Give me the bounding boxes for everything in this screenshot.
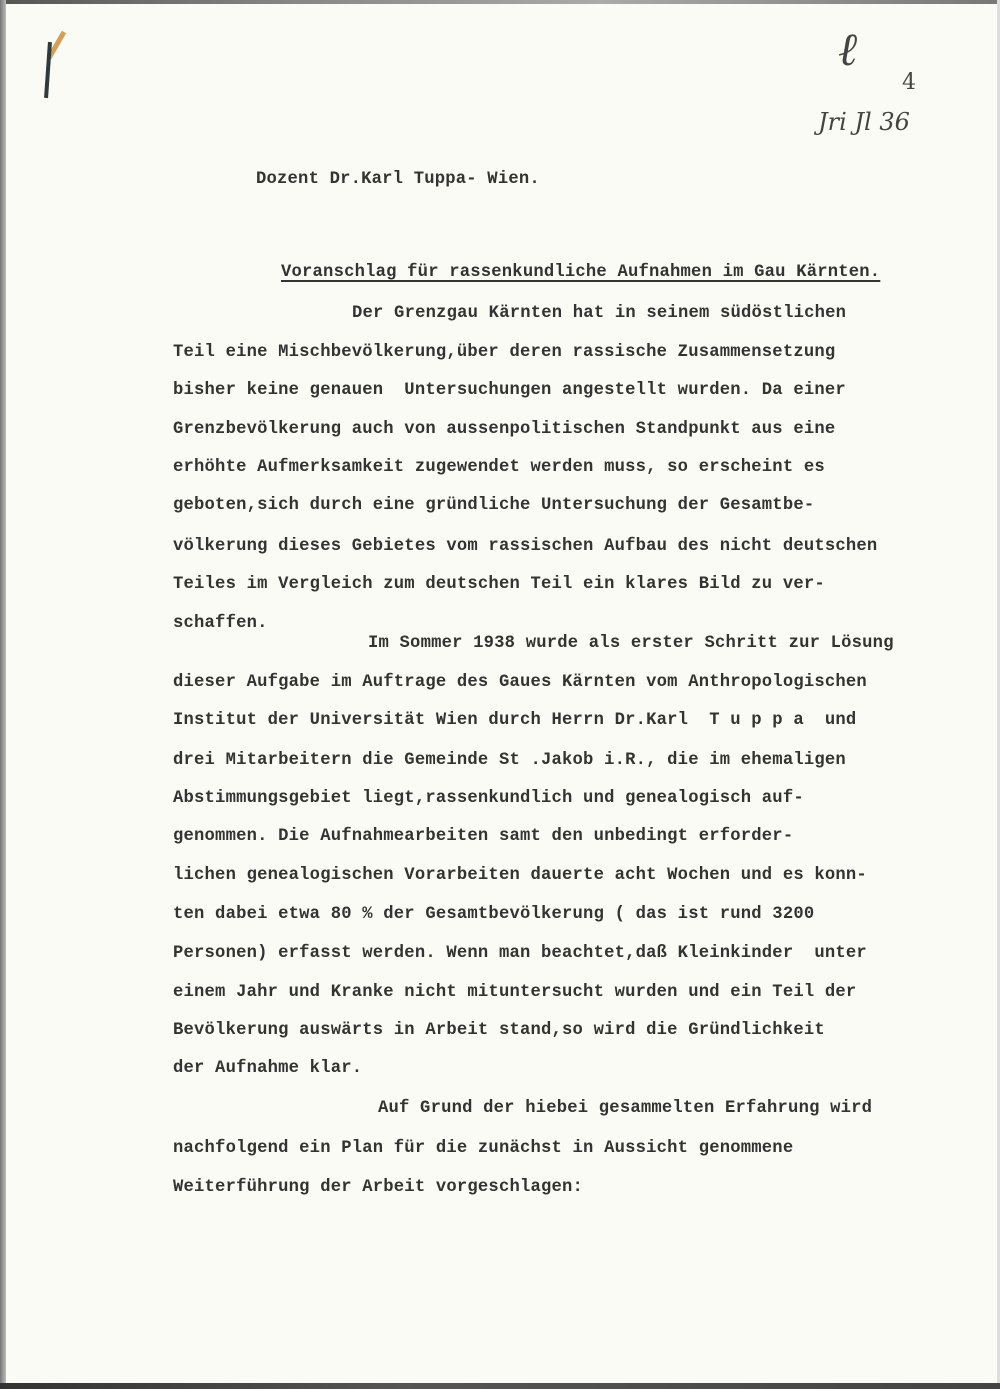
paragraph-2-line: Personen) erfasst werden. Wenn man beach… [173, 944, 867, 963]
paragraph-2-line: ten dabei etwa 80 % der Gesamtbevölkerun… [173, 905, 814, 924]
paragraph-1-line: erhöhte Aufmerksamkeit zugewendet werden… [173, 458, 825, 477]
paragraph-2-line: dieser Aufgabe im Auftrage des Gaues Kär… [173, 673, 867, 692]
paragraph-1-line: geboten,sich durch eine gründliche Unter… [173, 496, 814, 515]
paragraph-1-line: schaffen. [173, 614, 268, 633]
paragraph-1-line: Teil eine Mischbevölkerung,über deren ra… [173, 343, 835, 362]
document-title: Voranschlag für rassenkundliche Aufnahme… [281, 263, 880, 282]
paragraph-2-line: Abstimmungsgebiet liegt,rassenkundlich u… [173, 789, 804, 808]
paragraph-3-line: Auf Grund der hiebei gesammelten Erfahru… [378, 1099, 872, 1118]
author-line: Dozent Dr.Karl Tuppa- Wien. [256, 170, 540, 189]
paragraph-2-line: genommen. Die Aufnahmearbeiten samt den … [173, 827, 793, 846]
paragraph-1-line: Der Grenzgau Kärnten hat in seinem südös… [352, 304, 846, 323]
pencil-stroke [44, 42, 52, 98]
paragraph-2-line: Institut der Universität Wien durch Herr… [173, 711, 856, 730]
handwritten-reference: Jri Jl 36 [818, 108, 910, 136]
paragraph-2-line: Im Sommer 1938 wurde als erster Schritt … [368, 634, 894, 653]
handwritten-folio-number: 4 [902, 70, 916, 95]
paragraph-1-line: völkerung dieses Gebietes vom rassischen… [173, 537, 877, 556]
paragraph-2-line: drei Mitarbeitern die Gemeinde St .Jakob… [173, 751, 846, 770]
paragraph-3-line: nachfolgend ein Plan für die zunächst in… [173, 1139, 793, 1158]
paragraph-2-line: einem Jahr und Kranke nicht mituntersuch… [173, 983, 856, 1002]
scan-border-top [0, 0, 1000, 4]
paragraph-1-line: bisher keine genauen Untersuchungen ange… [173, 381, 846, 400]
paragraph-1-line: Teiles im Vergleich zum deutschen Teil e… [173, 575, 825, 594]
paragraph-2-line: Bevölkerung auswärts in Arbeit stand,so … [173, 1021, 825, 1040]
handwritten-page-mark [38, 20, 46, 102]
paragraph-2-line: der Aufnahme klar. [173, 1059, 362, 1078]
paragraph-2-line: lichen genealogischen Vorarbeiten dauert… [173, 866, 867, 885]
paragraph-1-line: Grenzbevölkerung auch von aussenpolitisc… [173, 420, 835, 439]
handwritten-folio-letter: ℓ [838, 22, 857, 76]
scan-border-bottom [0, 1383, 1000, 1389]
scan-border-left [0, 0, 6, 1389]
paragraph-3-line: Weiterführung der Arbeit vorgeschlagen: [173, 1178, 583, 1197]
